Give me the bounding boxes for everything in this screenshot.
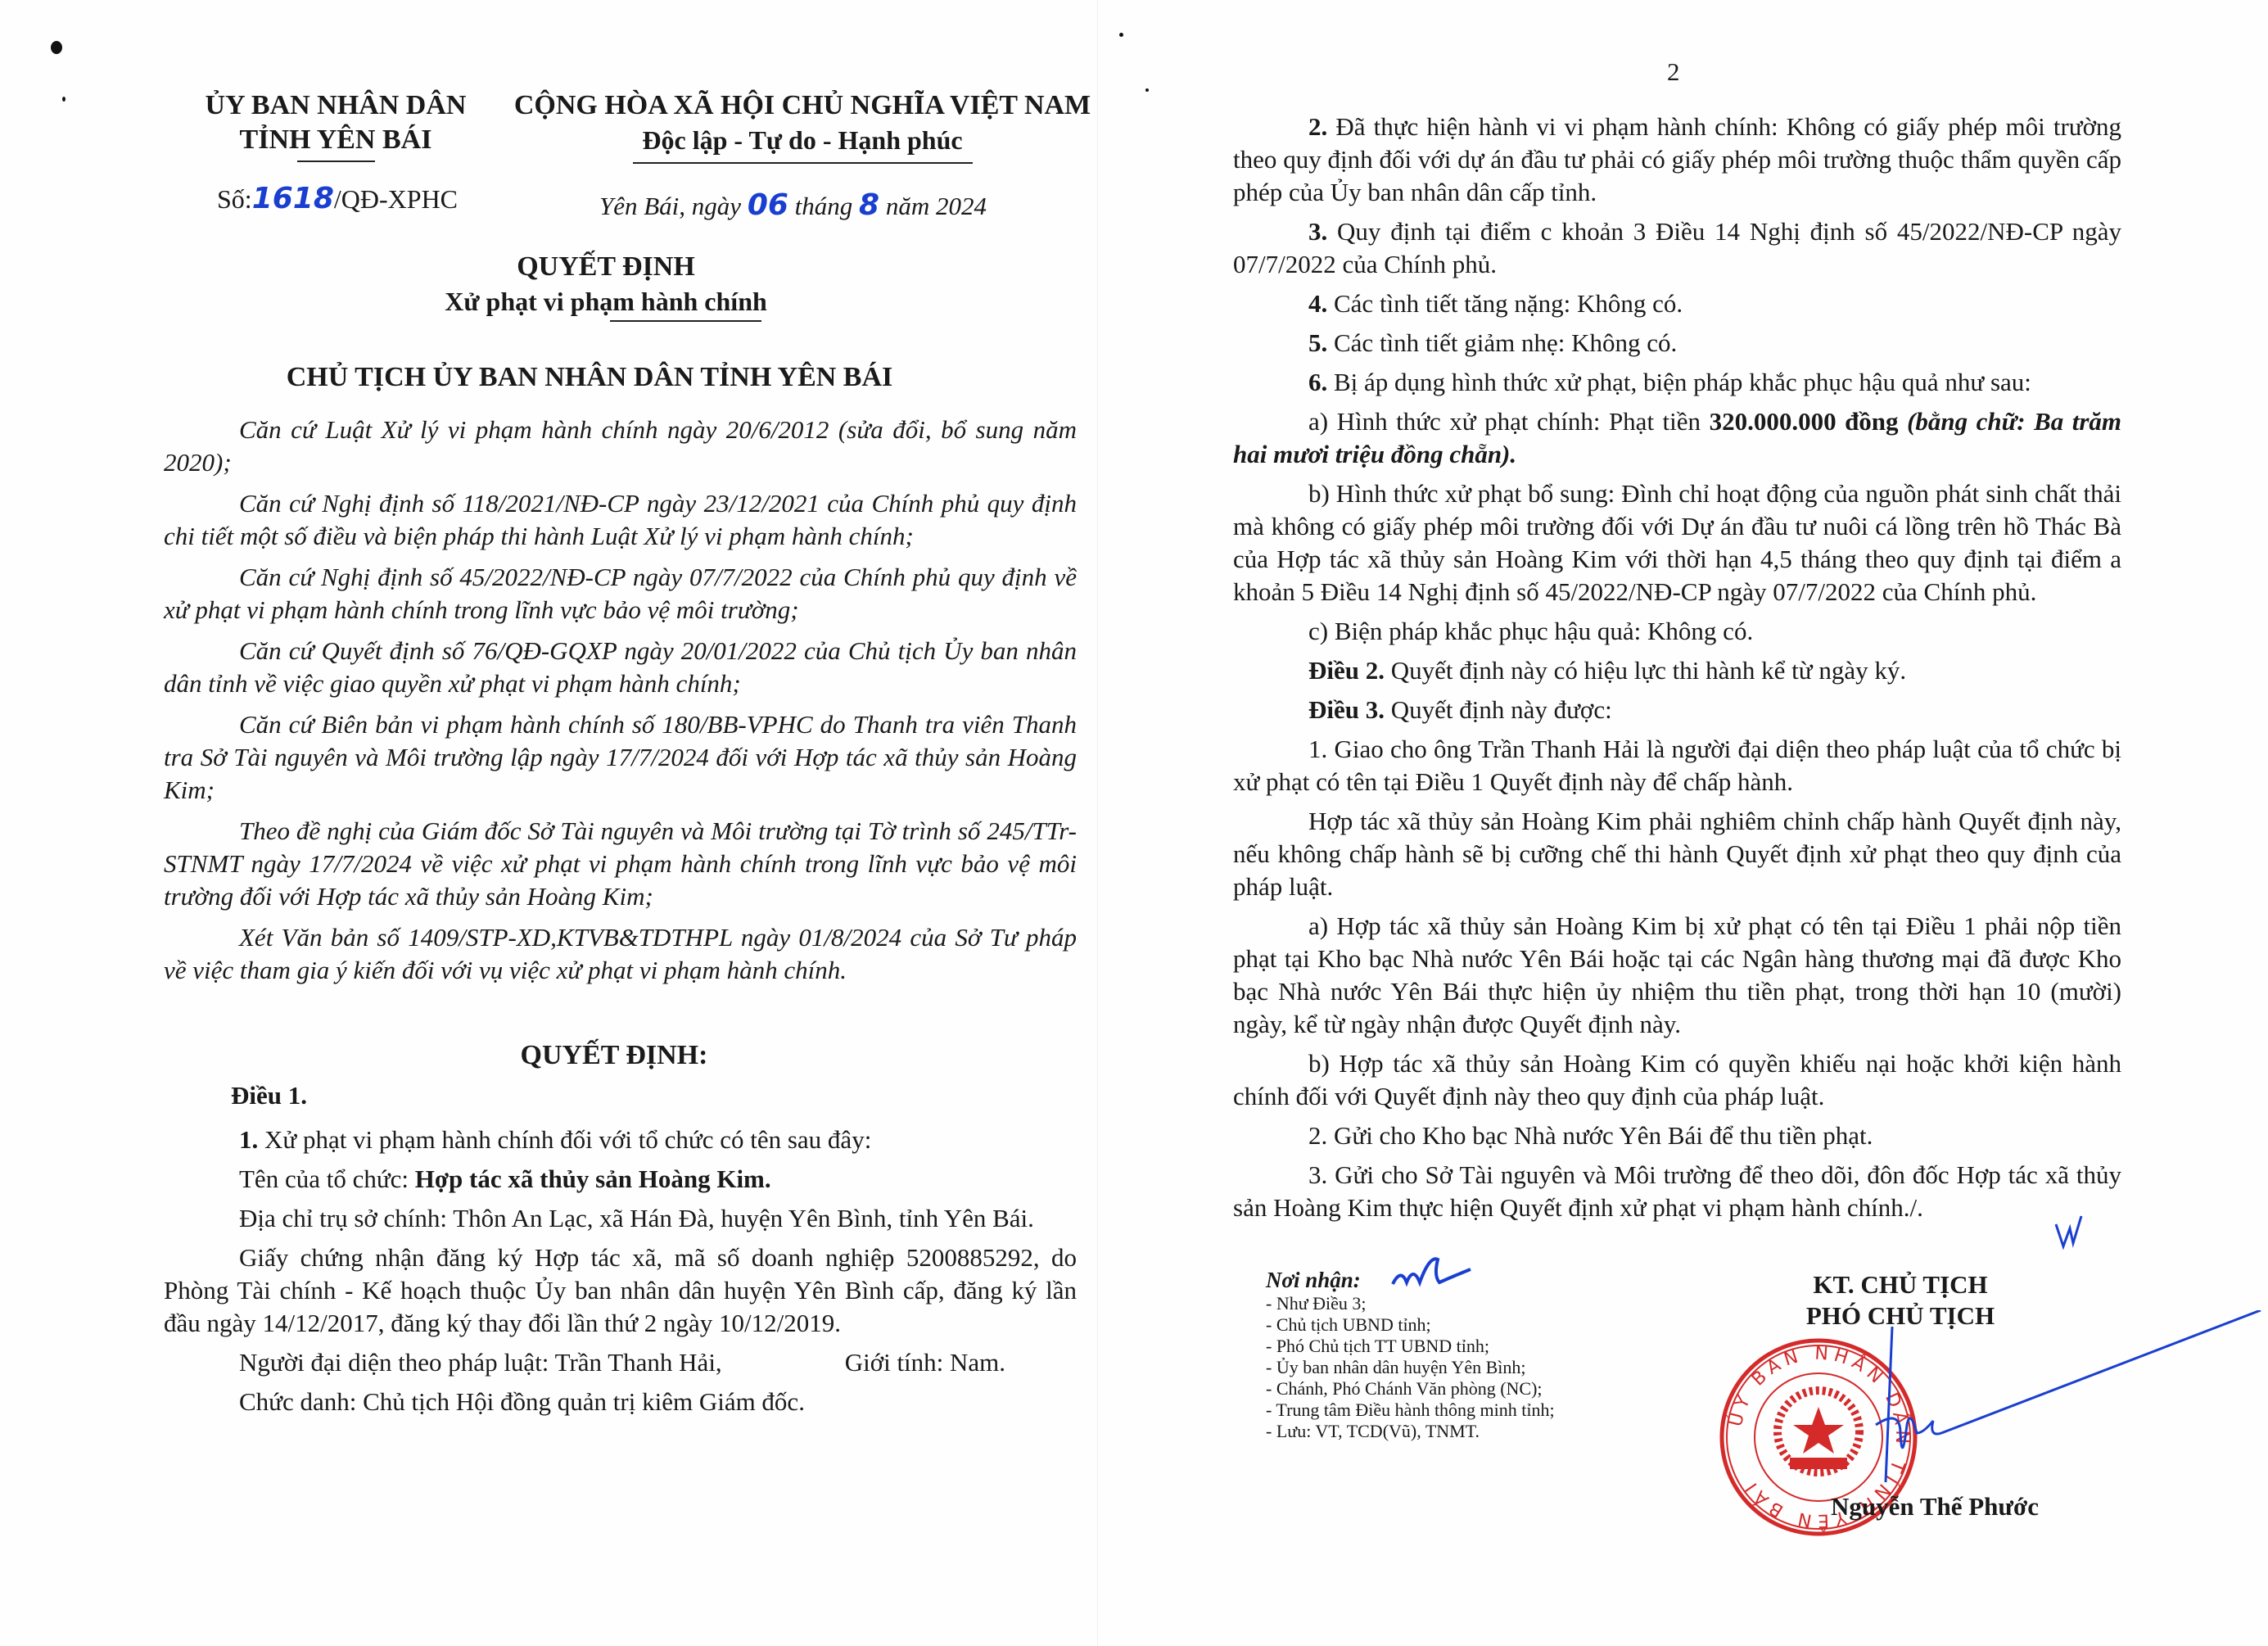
recipient-item: - Chánh, Phó Chánh Văn phòng (NC); bbox=[1266, 1378, 1555, 1400]
ground-item: Căn cứ Luật Xử lý vi phạm hành chính ngà… bbox=[164, 414, 1077, 479]
item-text: a) Hợp tác xã thủy sản Hoàng Kim bị xử p… bbox=[1233, 911, 2121, 1038]
ground-text: Căn cứ Nghị định số 118/2021/NĐ-CP ngày … bbox=[164, 489, 1077, 550]
ground-item: Căn cứ Nghị định số 45/2022/NĐ-CP ngày 0… bbox=[164, 561, 1077, 626]
signer-line-1: KT. CHỦ TỊCH bbox=[1794, 1269, 2007, 1300]
position-line: Chức danh: Chủ tịch Hội đồng quản trị ki… bbox=[164, 1386, 1077, 1418]
ground-text: Theo đề nghị của Giám đốc Sở Tài nguyên … bbox=[164, 816, 1077, 911]
item-text: Đã thực hiện hành vi vi phạm hành chính:… bbox=[1233, 112, 2121, 206]
fine-amount: 320.000.000 đồng bbox=[1710, 407, 1899, 436]
agency-header: ỦY BAN NHÂN DÂN TỈNH YÊN BÁI bbox=[197, 88, 475, 162]
article-3-text: Quyết định này được: bbox=[1391, 695, 1612, 724]
article-3-label: Điều 3. bbox=[1308, 695, 1385, 724]
recipient-item: - Như Điều 3; bbox=[1266, 1293, 1555, 1314]
org-name-label: Tên của tổ chức: bbox=[239, 1164, 409, 1193]
article-3-compliance: Hợp tác xã thủy sản Hoàng Kim phải nghiê… bbox=[1233, 805, 2121, 903]
item-text: Quy định tại điểm c khoản 3 Điều 14 Nghị… bbox=[1233, 217, 2121, 278]
legal-rep-line: Người đại diện theo pháp luật: Trần Than… bbox=[164, 1346, 1077, 1379]
remedial-measures-text: c) Biện pháp khắc phục hậu quả: Không có… bbox=[1308, 617, 1753, 645]
article-2-label: Điều 2. bbox=[1308, 656, 1385, 685]
page-2-body: 2. Đã thực hiện hành vi vi phạm hành chí… bbox=[1233, 111, 2121, 1231]
org-name-line: Tên của tổ chức: Hợp tác xã thủy sản Hoà… bbox=[164, 1163, 1077, 1196]
ground-text: Căn cứ Biên bản vi phạm hành chính số 18… bbox=[164, 710, 1077, 804]
penalty-main: a) Hình thức xử phạt chính: Phạt tiền 32… bbox=[1233, 405, 2121, 471]
item-text: 3. Gửi cho Sở Tài nguyên và Môi trường đ… bbox=[1233, 1160, 2121, 1222]
ground-text: Căn cứ Nghị định số 45/2022/NĐ-CP ngày 0… bbox=[164, 563, 1077, 624]
agency-underline bbox=[297, 161, 375, 162]
article-3: Điều 3. Quyết định này được: bbox=[1233, 694, 2121, 726]
item-text: Các tình tiết giảm nhẹ: Không có. bbox=[1334, 328, 1677, 357]
nation-line-2: Độc lập - Tự do - Hạnh phúc bbox=[508, 123, 1097, 157]
ground-text: Căn cứ Luật Xử lý vi phạm hành chính ngà… bbox=[164, 415, 1077, 477]
position-text: Chức danh: Chủ tịch Hội đồng quản trị ki… bbox=[239, 1387, 805, 1416]
nation-line-1: CỘNG HÒA XÃ HỘI CHỦ NGHĨA VIỆT NAM bbox=[508, 88, 1097, 123]
date-month-label: tháng bbox=[795, 192, 853, 220]
agency-line-1: ỦY BAN NHÂN DÂN bbox=[197, 88, 475, 123]
article-1-item-5: 5. Các tình tiết giảm nhẹ: Không có. bbox=[1233, 327, 2121, 359]
doc-number-suffix: /QĐ-XPHC bbox=[334, 184, 458, 214]
subtitle-underline bbox=[610, 320, 761, 322]
gender-text: Giới tính: Nam. bbox=[845, 1348, 1005, 1377]
article-1-item-4: 4. Các tình tiết tăng nặng: Không có. bbox=[1233, 287, 2121, 320]
article-1-item-1: 1. Xử phạt vi phạm hành chính đối với tổ… bbox=[164, 1124, 1077, 1156]
recipient-item: - Trung tâm Điều hành thông minh tỉnh; bbox=[1266, 1400, 1555, 1421]
grounds-list: Căn cứ Luật Xử lý vi phạm hành chính ngà… bbox=[164, 414, 1077, 995]
item-number: 4. bbox=[1308, 289, 1327, 318]
recipient-item: - Ủy ban nhân dân huyện Yên Bình; bbox=[1266, 1357, 1555, 1378]
recipient-item: - Chủ tịch UBND tỉnh; bbox=[1266, 1314, 1555, 1336]
item-text: 2. Gửi cho Kho bạc Nhà nước Yên Bái để t… bbox=[1308, 1121, 1873, 1150]
doc-date: Yên Bái, ngày 06 tháng 8 năm 2024 bbox=[599, 188, 987, 222]
doc-title: QUYẾT ĐỊNH bbox=[368, 250, 843, 284]
ground-item: Xét Văn bản số 1409/STP-XD,KTVB&TDTHPL n… bbox=[164, 921, 1077, 987]
item-text: 1. Giao cho ông Trần Thanh Hải là người … bbox=[1233, 735, 2121, 796]
check-mark bbox=[2052, 1212, 2085, 1253]
doc-subtitle: Xử phạt vi phạm hành chính bbox=[368, 284, 843, 319]
remedial-measures: c) Biện pháp khắc phục hậu quả: Không có… bbox=[1233, 615, 2121, 648]
item-text: Bị áp dụng hình thức xử phạt, biện pháp … bbox=[1334, 368, 2031, 396]
doc-number: Số:1618/QĐ-XPHC bbox=[217, 182, 458, 215]
date-day: 06 bbox=[748, 188, 788, 222]
article-1-item-3: 3. Quy định tại điểm c khoản 3 Điều 14 N… bbox=[1233, 215, 2121, 281]
doc-number-prefix: Số: bbox=[217, 184, 252, 214]
item-text: Xử phạt vi phạm hành chính đối với tổ ch… bbox=[264, 1125, 871, 1154]
article-3-payment: a) Hợp tác xã thủy sản Hoàng Kim bị xử p… bbox=[1233, 910, 2121, 1041]
penalty-additional: b) Hình thức xử phạt bổ sung: Đình chỉ h… bbox=[1233, 477, 2121, 608]
item-text: b) Hợp tác xã thủy sản Hoàng Kim có quyề… bbox=[1233, 1049, 2121, 1110]
decision-heading: QUYẾT ĐỊNH: bbox=[459, 1038, 770, 1073]
ground-item: Căn cứ Nghị định số 118/2021/NĐ-CP ngày … bbox=[164, 487, 1077, 553]
ground-text: Xét Văn bản số 1409/STP-XD,KTVB&TDTHPL n… bbox=[164, 923, 1077, 984]
article-3-appeal: b) Hợp tác xã thủy sản Hoàng Kim có quyề… bbox=[1233, 1047, 2121, 1113]
ground-item: Theo đề nghị của Giám đốc Sở Tài nguyên … bbox=[164, 815, 1077, 913]
scan-speck bbox=[51, 41, 62, 54]
registration-line: Giấy chứng nhận đăng ký Hợp tác xã, mã s… bbox=[164, 1241, 1077, 1340]
national-header: CỘNG HÒA XÃ HỘI CHỦ NGHĨA VIỆT NAM Độc l… bbox=[508, 88, 1097, 164]
address-line: Địa chỉ trụ sở chính: Thôn An Lạc, xã Há… bbox=[164, 1202, 1077, 1235]
item-text: Các tình tiết tăng nặng: Không có. bbox=[1334, 289, 1683, 318]
recipient-item: - Lưu: VT, TCD(Vũ), TNMT. bbox=[1266, 1421, 1555, 1442]
article-1-item-2: 2. Đã thực hiện hành vi vi phạm hành chí… bbox=[1233, 111, 2121, 209]
article-2: Điều 2. Quyết định này có hiệu lực thi h… bbox=[1233, 654, 2121, 687]
recipients-block: Nơi nhận: - Như Điều 3; - Chủ tịch UBND … bbox=[1266, 1268, 1555, 1442]
issuer-heading: CHỦ TỊCH ỦY BAN NHÂN DÂN TỈNH YÊN BÁI bbox=[246, 360, 933, 395]
item-number: 1. bbox=[239, 1125, 258, 1154]
page-1: ỦY BAN NHÂN DÂN TỈNH YÊN BÁI CỘNG HÒA XÃ… bbox=[0, 0, 1097, 1646]
date-month: 8 bbox=[859, 188, 879, 222]
item-number: 3. bbox=[1308, 217, 1327, 246]
address-text: Địa chỉ trụ sở chính: Thôn An Lạc, xã Há… bbox=[239, 1204, 1034, 1232]
article-3-item-3: 3. Gửi cho Sở Tài nguyên và Môi trường đ… bbox=[1233, 1159, 2121, 1224]
ground-text: Căn cứ Quyết định số 76/QĐ-GQXP ngày 20/… bbox=[164, 636, 1077, 698]
page-2: 2 2. Đã thực hiện hành vi vi phạm hành c… bbox=[1097, 0, 2268, 1646]
item-number: 2. bbox=[1308, 112, 1327, 141]
legal-rep-text: Người đại diện theo pháp luật: Trần Than… bbox=[239, 1348, 722, 1377]
signer-name: Nguyễn Thế Phước bbox=[1831, 1492, 2039, 1522]
registration-text: Giấy chứng nhận đăng ký Hợp tác xã, mã s… bbox=[164, 1243, 1077, 1337]
scan-speck bbox=[1119, 33, 1123, 37]
ground-item: Căn cứ Biên bản vi phạm hành chính số 18… bbox=[164, 708, 1077, 807]
item-number: 5. bbox=[1308, 328, 1327, 357]
item-number: 6. bbox=[1308, 368, 1327, 396]
recipient-item: - Phó Chủ tịch TT UBND tỉnh; bbox=[1266, 1336, 1555, 1357]
page-number: 2 bbox=[1667, 57, 1680, 87]
date-place: Yên Bái, ngày bbox=[599, 192, 741, 220]
ground-item: Căn cứ Quyết định số 76/QĐ-GQXP ngày 20/… bbox=[164, 635, 1077, 700]
scan-speck bbox=[62, 97, 66, 102]
scan-speck bbox=[1145, 88, 1149, 92]
penalty-main-label: a) Hình thức xử phạt chính: Phạt tiền bbox=[1308, 407, 1701, 436]
article-3-item-1: 1. Giao cho ông Trần Thanh Hải là người … bbox=[1233, 733, 2121, 798]
article-2-text: Quyết định này có hiệu lực thi hành kể t… bbox=[1391, 656, 1906, 685]
article-1-label: Điều 1. bbox=[231, 1081, 307, 1110]
initials-mark bbox=[1389, 1251, 1479, 1292]
article-3-item-2: 2. Gửi cho Kho bạc Nhà nước Yên Bái để t… bbox=[1233, 1119, 2121, 1152]
motto-underline bbox=[633, 162, 973, 164]
signature bbox=[1851, 1310, 2268, 1523]
date-year: năm 2024 bbox=[886, 192, 987, 220]
article-1-item-6: 6. Bị áp dụng hình thức xử phạt, biện ph… bbox=[1233, 366, 2121, 399]
penalty-additional-text: b) Hình thức xử phạt bổ sung: Đình chỉ h… bbox=[1233, 479, 2121, 606]
doc-number-handwritten: 1618 bbox=[252, 182, 334, 215]
agency-line-2: TỈNH YÊN BÁI bbox=[197, 123, 475, 157]
item-text: Hợp tác xã thủy sản Hoàng Kim phải nghiê… bbox=[1233, 807, 2121, 901]
article-1-body: 1. Xử phạt vi phạm hành chính đối với tổ… bbox=[164, 1124, 1077, 1425]
doc-title-block: QUYẾT ĐỊNH Xử phạt vi phạm hành chính bbox=[368, 250, 843, 322]
org-name: Hợp tác xã thủy sản Hoàng Kim. bbox=[415, 1164, 771, 1193]
